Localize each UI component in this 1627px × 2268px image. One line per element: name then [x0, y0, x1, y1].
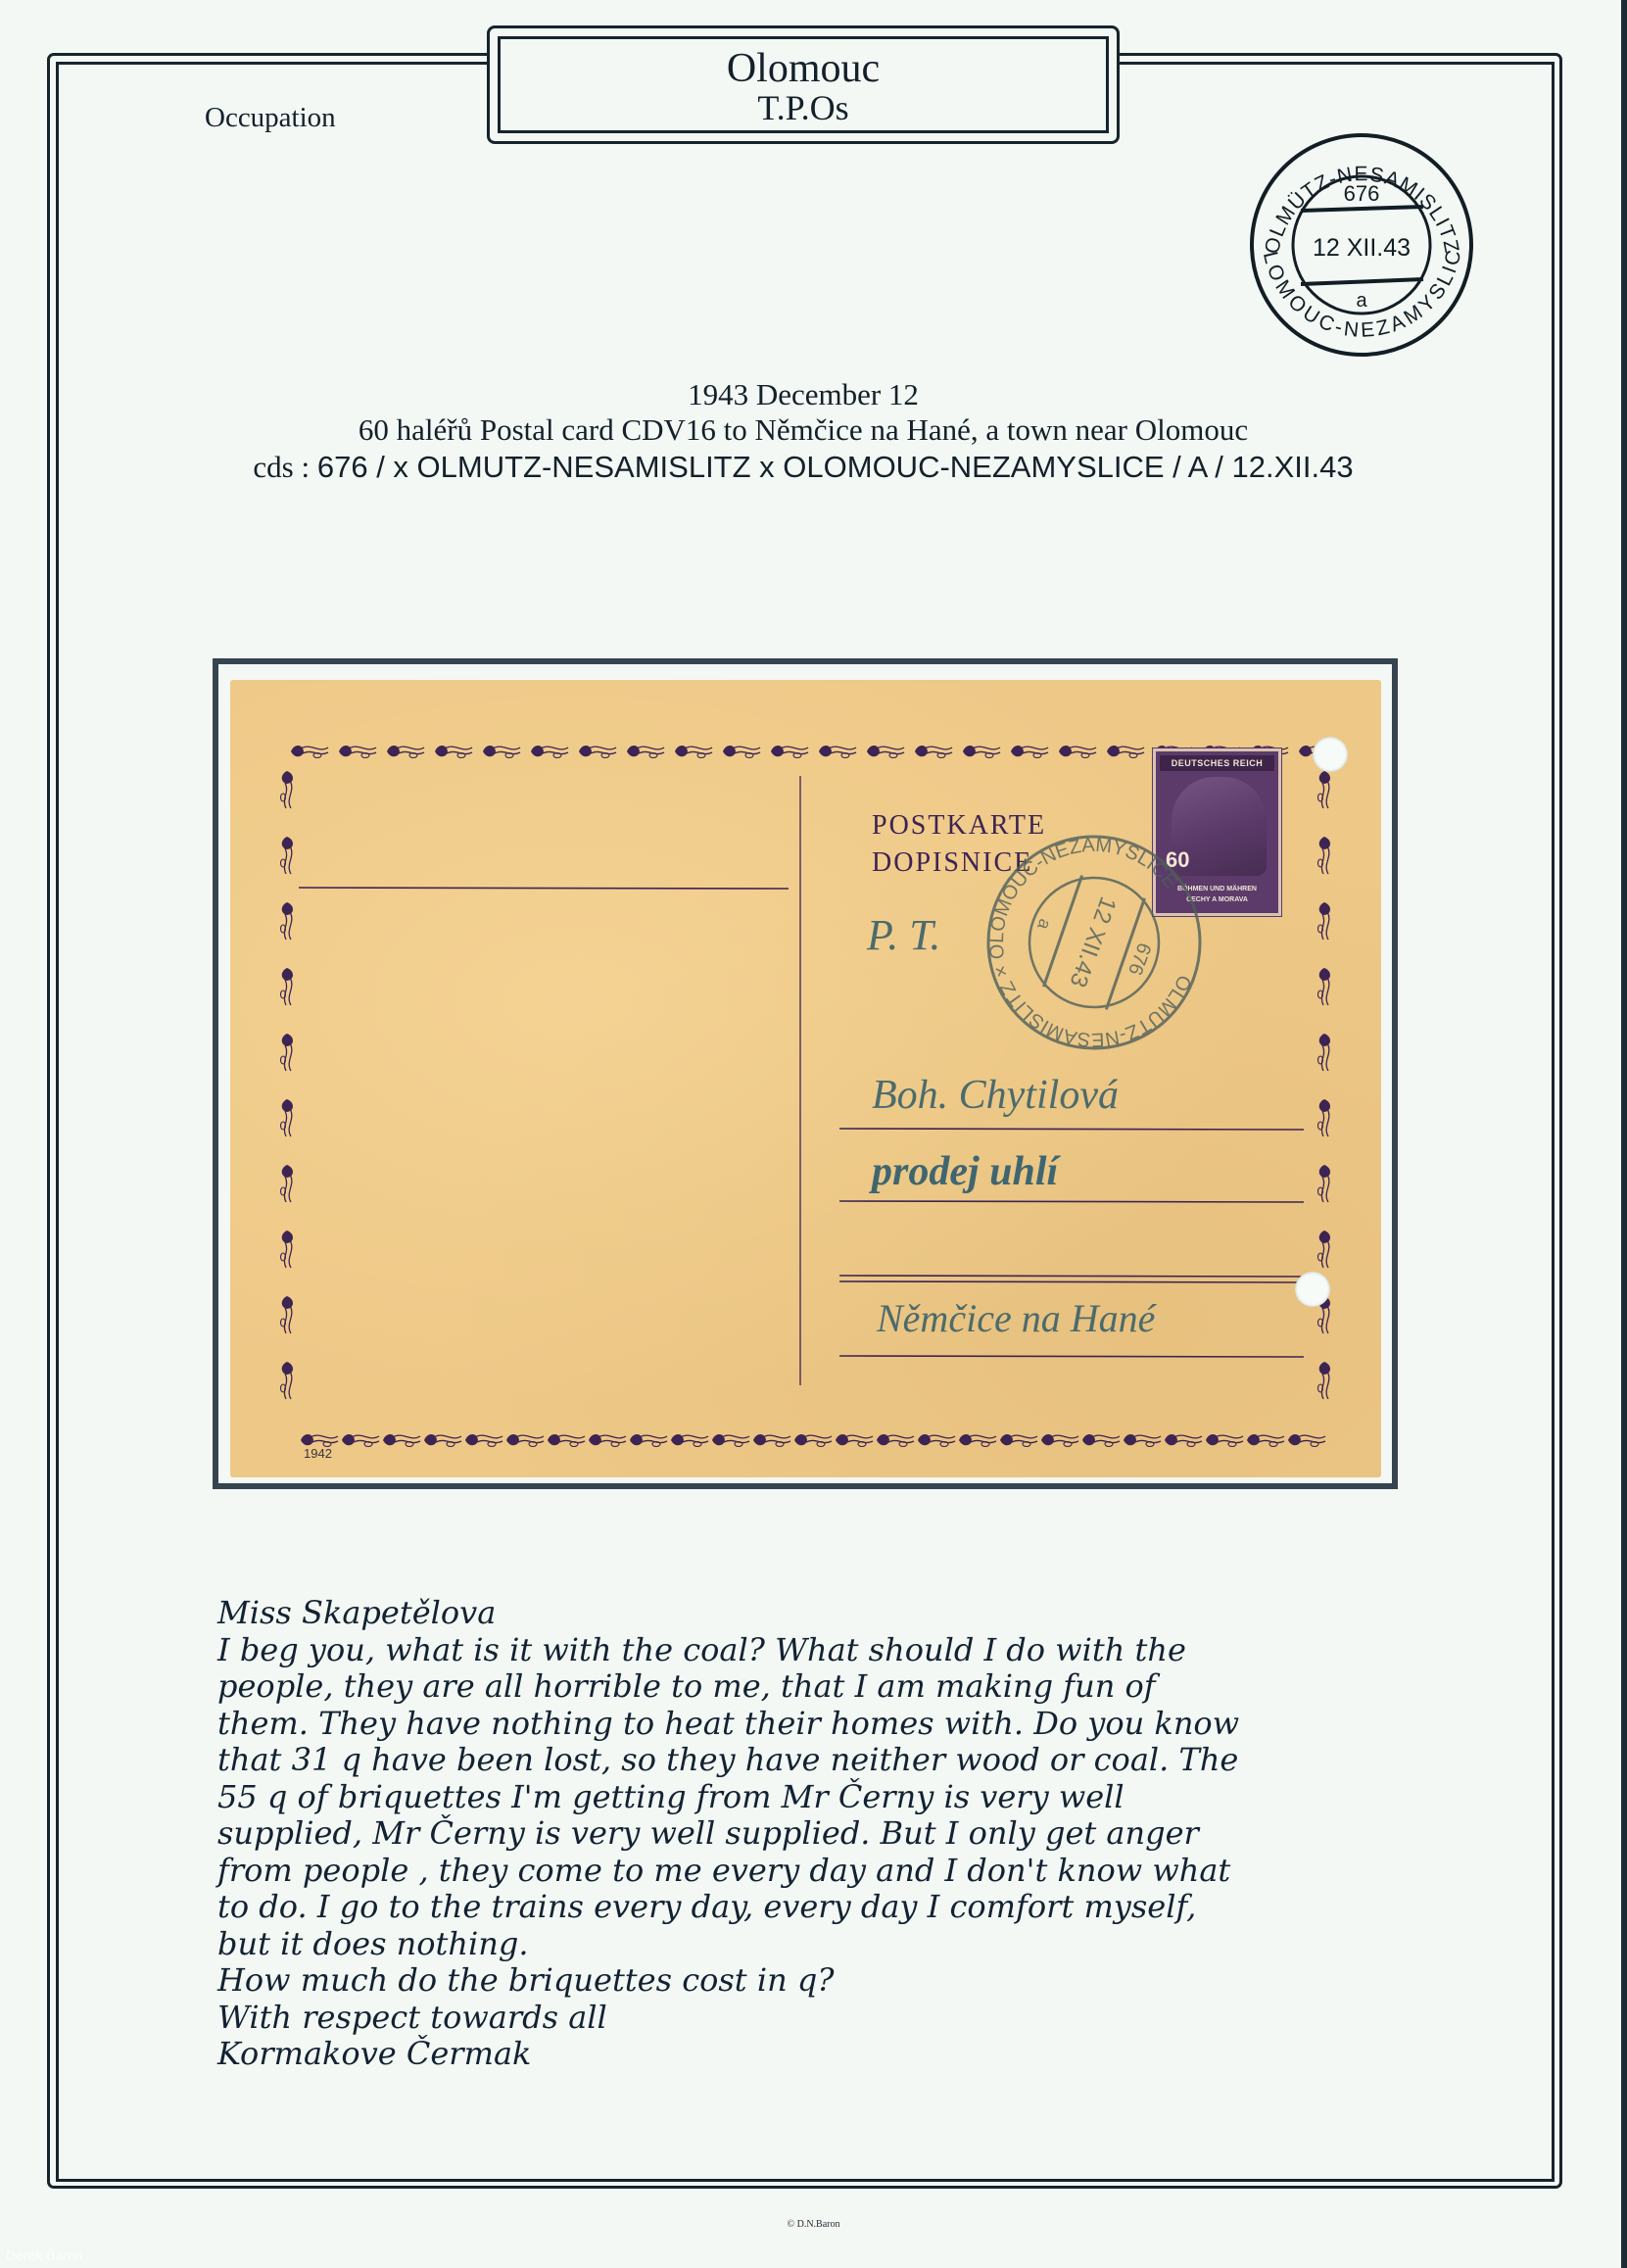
svg-text:676: 676 — [1344, 181, 1380, 206]
card-postmark: OLMÜTZ-NESAMISLITZ × OLOMOUC-NEZAMYSLICE… — [981, 830, 1207, 1055]
punch-hole — [1313, 737, 1348, 772]
postmark-illustration: × OLMÜTZ-NESAMISLITZ × OLOMOUC-NEZAMYSLI… — [1247, 130, 1477, 361]
translation-line: How much do the briquettes cost in q? — [217, 1962, 1432, 2000]
translation-line: Kormakove Čermak — [217, 2036, 1432, 2073]
scan-edge — [1621, 0, 1627, 2268]
caption-cds: cds : 676 / x OLMUTZ-NESAMISLITZ x OLOMO… — [147, 448, 1460, 487]
section-label: Occupation — [205, 102, 336, 134]
title-box: Olomouc T.P.Os — [487, 25, 1120, 144]
translation-line: Miss Skapetělova — [217, 1595, 1432, 1632]
svg-text:a: a — [1356, 290, 1367, 312]
translation-line: supplied, Mr Černy is very well supplied… — [217, 1815, 1432, 1853]
translation-line: from people , they come to me every day … — [217, 1853, 1432, 1890]
svg-text:12 XII.43: 12 XII.43 — [1313, 234, 1411, 262]
letter-translation: Miss SkapetělovaI beg you, what is it wi… — [217, 1595, 1432, 2073]
translation-line: that 31 q have been lost, so they have n… — [217, 1742, 1432, 1779]
punch-hole — [1295, 1272, 1330, 1307]
copyright: © D.N.Baron — [0, 2219, 1627, 2230]
translation-line: people, they are all horrible to me, tha… — [217, 1668, 1432, 1706]
imprint-year: 1942 — [304, 1446, 332, 1461]
translation-line: 55 q of briquettes I'm getting from Mr Č… — [217, 1779, 1432, 1816]
address-line-4: Němčice na Hané — [877, 1295, 1155, 1341]
translation-line: them. They have nothing to heat their ho… — [217, 1706, 1432, 1743]
page-title: Olomouc — [501, 47, 1106, 90]
translation-line: With respect towards all — [217, 2000, 1432, 2037]
postcard: POSTKARTE DOPISNICE DEUTSCHES REICH 60 B… — [230, 680, 1381, 1477]
watermark: Derek Baron — [6, 2247, 83, 2263]
address-line-1: Boh. Chytilová — [872, 1072, 1119, 1119]
caption-date: 1943 December 12 — [147, 377, 1460, 412]
address-line-2: prodej uhlí — [872, 1148, 1058, 1195]
translation-line: to do. I go to the trains every day, eve… — [217, 1889, 1432, 1926]
caption: 1943 December 12 60 haléřů Postal card C… — [147, 377, 1460, 487]
address-prefix: P. T. — [867, 910, 940, 960]
svg-text:12 XII.43: 12 XII.43 — [1064, 893, 1121, 991]
translation-line: but it does nothing. — [217, 1926, 1432, 1963]
svg-text:a: a — [1033, 916, 1056, 933]
page-subtitle: T.P.Os — [501, 90, 1106, 125]
caption-description: 60 haléřů Postal card CDV16 to Němčice n… — [147, 412, 1460, 448]
translation-line: I beg you, what is it with the coal? Wha… — [217, 1632, 1432, 1669]
